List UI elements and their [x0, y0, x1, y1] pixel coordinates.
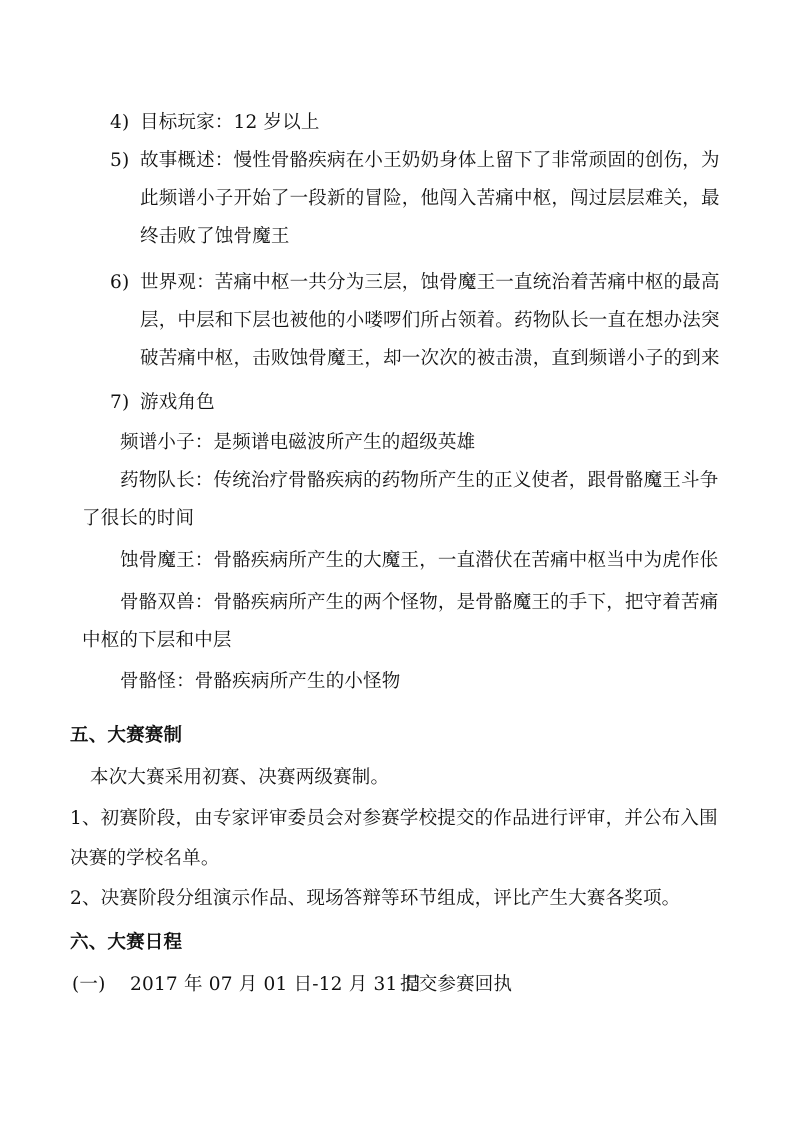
list-text: 破苦痛中枢，击败蚀骨魔王，却一次次的被击溃，直到频谱小子的到来 — [140, 348, 720, 370]
character-text: 中枢的下层和中层 — [82, 630, 232, 652]
character-text: 了很长的时间 — [82, 508, 194, 530]
schedule-date: 2017 年 07 月 01 日-12 月 31 日 — [130, 974, 422, 996]
section-item-text: 2、决赛阶段分组演示作品、现场答辩等环节组成，评比产生大赛各奖项。 — [70, 888, 680, 910]
section-heading: 五、大赛赛制 — [70, 725, 182, 747]
list-number: 6) — [110, 272, 129, 294]
schedule-task: 提交参赛回执 — [400, 974, 512, 996]
character-text: 药物队长：传统治疗骨骼疾病的药物所产生的正义使者，跟骨骼魔王斗争 — [120, 470, 718, 492]
schedule-number: (一) — [72, 974, 106, 996]
list-number: 7) — [110, 392, 129, 414]
list-text: 层，中层和下层也被他的小喽啰们所占领着。药物队长一直在想办法突 — [140, 310, 720, 332]
character-text: 骨骼怪：骨骼疾病所产生的小怪物 — [120, 671, 401, 693]
section-item-text: 决赛的学校名单。 — [70, 848, 220, 870]
character-text: 蚀骨魔王：骨骼疾病所产生的大魔王，一直潜伏在苦痛中枢当中为虎作伥 — [120, 550, 718, 572]
list-text: 终击败了蚀骨魔王 — [140, 226, 290, 248]
list-text: 故事概述：慢性骨骼疾病在小王奶奶身体上留下了非常顽固的创伤，为 — [140, 150, 720, 172]
list-number: 4) — [110, 112, 129, 134]
character-text: 频谱小子：是频谱电磁波所产生的超级英雄 — [120, 432, 475, 454]
section-heading: 六、大赛日程 — [70, 932, 182, 954]
section-intro: 本次大赛采用初赛、决赛两级赛制。 — [90, 767, 389, 789]
list-text: 游戏角色 — [140, 392, 215, 414]
list-text: 目标玩家：12 岁以上 — [140, 112, 320, 134]
character-text: 骨骼双兽：骨骼疾病所产生的两个怪物，是骨骼魔王的手下，把守着苦痛 — [120, 592, 718, 614]
list-number: 5) — [110, 150, 129, 172]
list-text: 此频谱小子开始了一段新的冒险，他闯入苦痛中枢，闯过层层难关，最 — [140, 188, 720, 210]
section-item-text: 1、初赛阶段，由专家评审委员会对参赛学校提交的作品进行评审，并公布入围 — [70, 808, 718, 830]
list-text: 世界观：苦痛中枢一共分为三层，蚀骨魔王一直统治着苦痛中枢的最高 — [140, 272, 720, 294]
